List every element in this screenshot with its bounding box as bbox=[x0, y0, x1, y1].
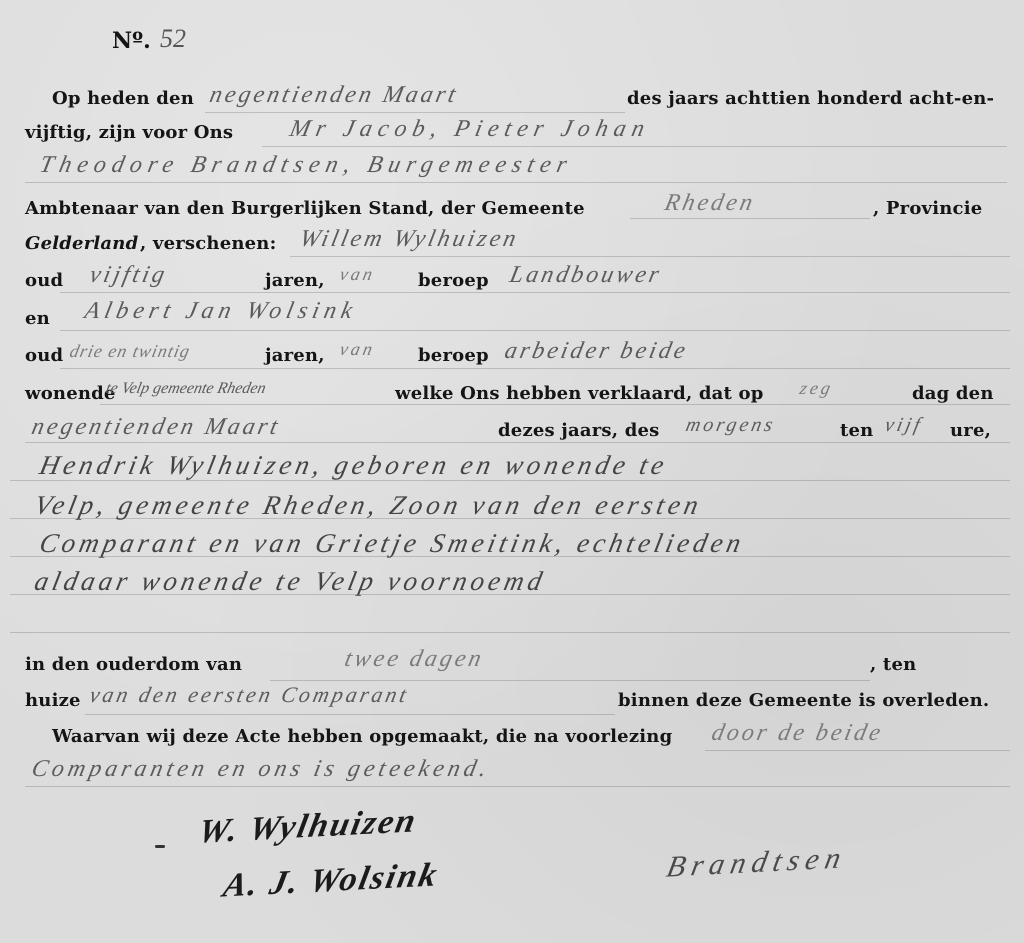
handwritten-age-at-death: twee dagen bbox=[342, 646, 486, 673]
fill-rule bbox=[100, 404, 1010, 405]
printed-text: vijftig, zijn voor Ons bbox=[25, 122, 233, 143]
printed-text: in den ouderdom van bbox=[25, 654, 242, 675]
printed-text: Op heden den bbox=[52, 88, 194, 109]
handwritten-age-2: drie en twintig bbox=[68, 341, 192, 362]
fill-rule bbox=[85, 714, 615, 715]
handwritten-deceased-parents: Velp, gemeente Rheden, Zoon van den eers… bbox=[32, 490, 705, 521]
handwritten-declarant-1: Willem Wylhuizen bbox=[297, 226, 521, 253]
fill-rule bbox=[25, 442, 1010, 443]
printed-text: , verschenen: bbox=[140, 233, 276, 254]
handwritten-signing-clause: door de beide bbox=[709, 720, 886, 747]
fill-rule bbox=[205, 112, 625, 113]
handwritten-signing-clause-cont: Comparanten en ons is geteekend. bbox=[29, 756, 493, 783]
handwritten-occupation-2: arbeider beide bbox=[502, 338, 690, 365]
printed-text: ten bbox=[840, 420, 873, 441]
handwritten-residence-aforesaid: aldaar wonende te Velp voornoemd bbox=[32, 566, 549, 597]
printed-text: huize bbox=[25, 690, 81, 711]
printed-province: Gelderland bbox=[25, 233, 138, 254]
printed-text: wonende bbox=[25, 383, 116, 404]
fill-rule bbox=[25, 182, 1007, 183]
signature-declarant-2: A. J. Wolsink bbox=[220, 856, 442, 905]
civil-record-page: Nº. 52 Op heden den negentienden Maart d… bbox=[0, 0, 1024, 943]
printed-text: beroep bbox=[418, 270, 489, 291]
handwritten-day: zeg bbox=[798, 378, 835, 399]
fill-rule bbox=[60, 330, 1010, 331]
fill-rule bbox=[630, 218, 870, 219]
fill-rule bbox=[60, 368, 1010, 369]
printed-text: jaren, bbox=[265, 270, 325, 291]
printed-text: , ten bbox=[870, 654, 916, 675]
handwritten-deceased-mother: Comparant en van Grietje Smeitink, echte… bbox=[37, 528, 748, 559]
record-number-label: Nº. bbox=[112, 28, 151, 54]
printed-text: dezes jaars, des bbox=[498, 420, 659, 441]
printed-text: dag den bbox=[912, 383, 994, 404]
printed-text: ure, bbox=[950, 420, 991, 441]
handwritten-van: van bbox=[338, 264, 377, 285]
fill-rule bbox=[262, 146, 1007, 147]
printed-text: des jaars achttien honderd acht-en- bbox=[627, 88, 994, 109]
printed-text: , Provincie bbox=[873, 198, 982, 219]
signature-declarant-1: W. Wylhuizen bbox=[195, 802, 420, 851]
handwritten-age-1: vijftig bbox=[87, 262, 170, 289]
handwritten-municipality: Rheden bbox=[662, 190, 758, 217]
handwritten-death-date: negentienden Maart bbox=[29, 414, 283, 441]
printed-text: Waarvan wij deze Acte hebben opgemaakt, … bbox=[52, 726, 672, 747]
handwritten-official-name: Mr Jacob, Pieter Johan bbox=[287, 116, 653, 143]
handwritten-place-of-death: van den eersten Comparant bbox=[87, 682, 411, 708]
handwritten-van: van bbox=[338, 339, 377, 360]
printed-text: oud bbox=[25, 270, 63, 291]
handwritten-time-of-day: morgens bbox=[684, 414, 778, 437]
fill-rule bbox=[705, 750, 1010, 751]
handwritten-hour: vijf bbox=[883, 414, 925, 437]
fill-rule bbox=[270, 680, 870, 681]
signature-dash bbox=[155, 845, 165, 848]
handwritten-deceased: Hendrik Wylhuizen, geboren en wonende te bbox=[37, 450, 671, 481]
handwritten-residence: te Velp gemeente Rheden bbox=[104, 380, 267, 398]
printed-text: binnen deze Gemeente is overleden. bbox=[618, 690, 989, 711]
handwritten-date: negentienden Maart bbox=[207, 82, 461, 109]
handwritten-occupation-1: Landbouwer bbox=[507, 262, 664, 289]
record-number-value: 52 bbox=[160, 24, 186, 54]
printed-text: oud bbox=[25, 345, 63, 366]
printed-text: welke Ons hebben verklaard, dat op bbox=[395, 383, 764, 404]
handwritten-official-name-cont: Theodore Brandtsen, Burgemeester bbox=[37, 152, 575, 179]
printed-text: jaren, bbox=[265, 345, 325, 366]
fill-rule bbox=[10, 632, 1010, 633]
handwritten-declarant-2: Albert Jan Wolsink bbox=[82, 298, 360, 325]
signature-registrar: Brandtsen bbox=[664, 841, 850, 884]
fill-rule bbox=[290, 256, 1010, 257]
printed-text: en bbox=[25, 308, 50, 329]
printed-text: Ambtenaar van den Burgerlijken Stand, de… bbox=[25, 198, 585, 219]
fill-rule bbox=[60, 292, 1010, 293]
printed-text: beroep bbox=[418, 345, 489, 366]
fill-rule bbox=[25, 786, 1010, 787]
